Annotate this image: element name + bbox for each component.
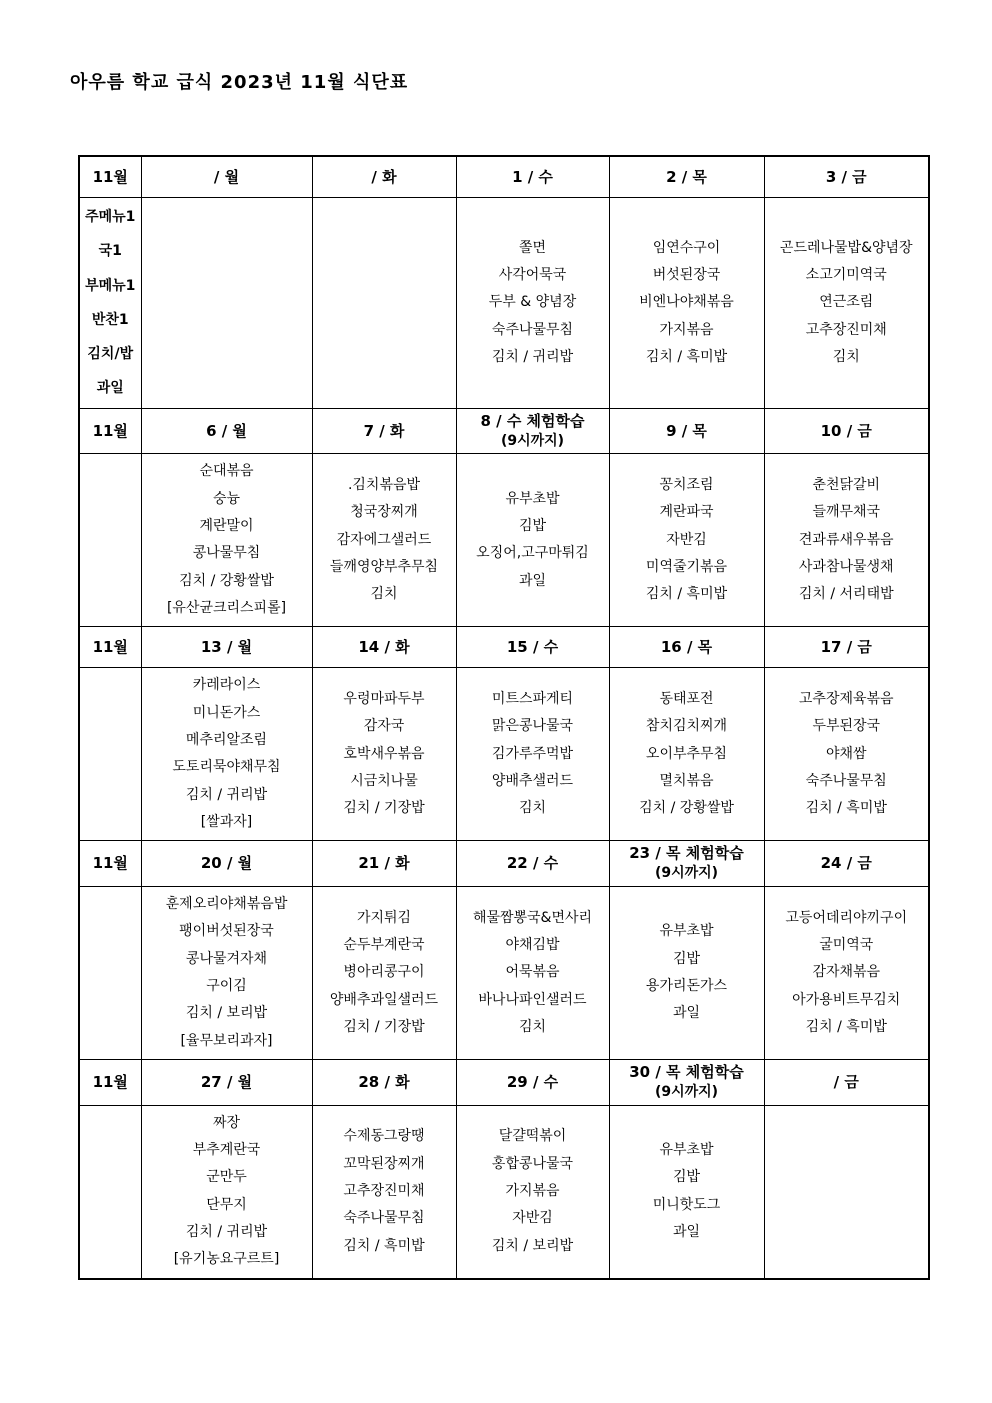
day-header-label: 13 / 월 [144,637,310,658]
day-header-cell: 7 / 화 [312,408,456,454]
day-header-label: 14 / 화 [315,637,454,658]
day-header-label: 20 / 월 [144,853,310,874]
menu-row: 훈제오리야채볶음밥팽이버섯된장국콩나물겨자채구이김김치 / 보리밥[율무보리과자… [79,886,929,1059]
category-column-cell [79,1105,141,1279]
menu-item: 김치 / 흑미밥 [315,1233,454,1260]
menu-item: 가지볶음 [459,1178,607,1205]
day-header-cell: 30 / 목 체험학습(9시까지) [609,1059,764,1105]
menu-cell: 미트스파게티맑은콩나물국김가루주먹밥양배추샐러드김치 [456,668,609,841]
month-label-cell: 11월 [79,1059,141,1105]
day-header-cell: 6 / 월 [141,408,312,454]
menu-item: 팽이버섯된장국 [144,918,310,945]
day-header-label: 15 / 수 [459,637,607,658]
category-column-cell [79,454,141,627]
day-header-label: 22 / 수 [459,853,607,874]
day-header-label: 21 / 화 [315,853,454,874]
menu-item: 임연수구이 [612,235,762,262]
day-header-label: / 금 [767,1072,927,1093]
menu-cell: 해물짬뽕국&면사리야채김밥어묵볶음바나나파인샐러드김치 [456,886,609,1059]
menu-item: 바나나파인샐러드 [459,987,607,1014]
menu-item: 해물짬뽕국&면사리 [459,905,607,932]
menu-cell: 임연수구이버섯된장국비엔나야채볶음가지볶음김치 / 흑미밥 [609,198,764,409]
menu-cell: 유부초밥김밥오징어,고구마튀김과일 [456,454,609,627]
menu-item: 김치 / 귀리밥 [144,782,310,809]
category-column-cell [79,886,141,1059]
menu-item: [쌀과자] [144,809,310,836]
menu-item: 숙주나물무침 [767,768,927,795]
menu-item: 과일 [612,1000,762,1027]
menu-item: 우렁마파두부 [315,686,454,713]
menu-item: 카레라이스 [144,672,310,699]
day-header-cell: 3 / 금 [764,156,929,198]
menu-cell: 훈제오리야채볶음밥팽이버섯된장국콩나물겨자채구이김김치 / 보리밥[율무보리과자… [141,886,312,1059]
menu-cell: 동태포전참치김치찌개오이부추무침멸치볶음김치 / 강황쌀밥 [609,668,764,841]
page-title: 아우름 학교 급식 2023년 11월 식단표 [70,68,408,94]
day-header-cell: 21 / 화 [312,841,456,887]
menu-item: 동태포전 [612,686,762,713]
menu-item: 양배추과일샐러드 [315,987,454,1014]
menu-cell: 쫄면사각어묵국두부 & 양념장숙주나물무침김치 / 귀리밥 [456,198,609,409]
menu-item: 두부 & 양념장 [459,289,607,316]
menu-item: 오징어,고구마튀김 [459,540,607,567]
menu-cell: 고등어데리야끼구이굴미역국감자채볶음아가용비트무김치김치 / 흑미밥 [764,886,929,1059]
day-header-note: (9시까지) [459,432,607,452]
day-header-label: 11월 [82,421,139,442]
menu-cell: .김치볶음밥청국장찌개감자에그샐러드들깨영양부추무침김치 [312,454,456,627]
day-header-label: 30 / 목 체험학습 [612,1062,762,1083]
day-header-label: 9 / 목 [612,421,762,442]
menu-item: 달걀떡볶이 [459,1123,607,1150]
menu-item: 숭늉 [144,486,310,513]
menu-item: 감자채볶음 [767,959,927,986]
menu-item: 고등어데리야끼구이 [767,905,927,932]
menu-item: 고추장제육볶음 [767,686,927,713]
day-header-label: 11월 [82,167,139,188]
menu-cell: 춘천닭갈비들깨무채국견과류새우볶음사과참나물생채김치 / 서리태밥 [764,454,929,627]
menu-item: 메추리알조림 [144,727,310,754]
day-header-cell: 14 / 화 [312,627,456,668]
menu-item: 유부초밥 [459,486,607,513]
day-header-cell: 2 / 목 [609,156,764,198]
menu-item: 김치 / 흑미밥 [612,581,762,608]
menu-item: 시금치나물 [315,768,454,795]
menu-item: 김치 / 서리태밥 [767,581,927,608]
menu-item: 비엔나야채볶음 [612,289,762,316]
menu-item: 야채김밥 [459,932,607,959]
menu-item: 참치김치찌개 [612,713,762,740]
day-header-cell: 27 / 월 [141,1059,312,1105]
menu-item: 과일 [459,568,607,595]
menu-item: 오이부추무침 [612,741,762,768]
menu-item: 아가용비트무김치 [767,987,927,1014]
day-header-label: 11월 [82,853,139,874]
menu-item: 야채쌈 [767,741,927,768]
day-header-label: 11월 [82,637,139,658]
day-header-cell: / 화 [312,156,456,198]
week-header-row: 11월20 / 월21 / 화22 / 수23 / 목 체험학습(9시까지)24… [79,841,929,887]
day-header-label: 7 / 화 [315,421,454,442]
menu-item: 자반김 [459,1205,607,1232]
month-label-cell: 11월 [79,408,141,454]
menu-item: 김치 / 흑미밥 [767,1014,927,1041]
menu-item: [율무보리과자] [144,1028,310,1055]
menu-item: 주메뉴1 [82,200,139,234]
day-header-cell: 13 / 월 [141,627,312,668]
day-header-label: 1 / 수 [459,167,607,188]
menu-item: [유산균크리스피롤] [144,595,310,622]
menu-item: 김치 [459,1014,607,1041]
menu-item: 김치 [315,581,454,608]
day-header-cell: 9 / 목 [609,408,764,454]
menu-item: 가지튀김 [315,905,454,932]
week-header-row: 11월13 / 월14 / 화15 / 수16 / 목17 / 금 [79,627,929,668]
menu-item: .김치볶음밥 [315,472,454,499]
menu-item: 미니핫도그 [612,1192,762,1219]
menu-item: 김치 / 강황쌀밥 [612,795,762,822]
day-header-cell: 8 / 수 체험학습(9시까지) [456,408,609,454]
menu-item: 국1 [82,234,139,268]
day-header-label: 11월 [82,1072,139,1093]
menu-item: 꼬막된장찌개 [315,1151,454,1178]
menu-cell: 가지튀김순두부계란국병아리콩구이양배추과일샐러드김치 / 기장밥 [312,886,456,1059]
menu-cell [312,198,456,409]
menu-cell: 수제동그랑땡꼬막된장찌개고추장진미채숙주나물무침김치 / 흑미밥 [312,1105,456,1279]
menu-item: 김치 [459,795,607,822]
menu-item: 콩나물겨자채 [144,946,310,973]
week-header-row: 11월6 / 월7 / 화8 / 수 체험학습(9시까지)9 / 목10 / 금 [79,408,929,454]
menu-item: 꽁치조림 [612,472,762,499]
menu-item: 김치 / 보리밥 [459,1233,607,1260]
menu-item: 버섯된장국 [612,262,762,289]
menu-item: 어묵볶음 [459,959,607,986]
menu-item: 병아리콩구이 [315,959,454,986]
menu-item: 과일 [82,371,139,405]
menu-item: 부추계란국 [144,1137,310,1164]
day-header-cell: 29 / 수 [456,1059,609,1105]
menu-item: 들깨무채국 [767,499,927,526]
menu-cell: 우렁마파두부감자국호박새우볶음시금치나물김치 / 기장밥 [312,668,456,841]
menu-item: 두부된장국 [767,713,927,740]
menu-item: 김치 / 흑미밥 [767,795,927,822]
day-header-cell: 23 / 목 체험학습(9시까지) [609,841,764,887]
week-header-row: 11월27 / 월28 / 화29 / 수30 / 목 체험학습(9시까지)/ … [79,1059,929,1105]
meal-plan-table-body: 11월/ 월/ 화1 / 수2 / 목3 / 금주메뉴1국1부메뉴1반찬1김치/… [79,156,929,1279]
day-header-label: 23 / 목 체험학습 [612,843,762,864]
menu-item: 곤드레나물밥&양념장 [767,235,927,262]
menu-item: 청국장찌개 [315,499,454,526]
menu-item: 계란파국 [612,499,762,526]
day-header-cell: 15 / 수 [456,627,609,668]
meal-plan-table: 11월/ 월/ 화1 / 수2 / 목3 / 금주메뉴1국1부메뉴1반찬1김치/… [78,155,930,1280]
menu-cell: 유부초밥김밥미니핫도그과일 [609,1105,764,1279]
menu-cell [764,1105,929,1279]
day-header-label: 27 / 월 [144,1072,310,1093]
menu-item: 호박새우볶음 [315,741,454,768]
menu-item: 숙주나물무침 [315,1205,454,1232]
menu-item: 계란말이 [144,513,310,540]
menu-item: 김가루주먹밥 [459,741,607,768]
day-header-label: 16 / 목 [612,637,762,658]
menu-item: 굴미역국 [767,932,927,959]
day-header-label: / 화 [315,167,454,188]
day-header-cell: 17 / 금 [764,627,929,668]
menu-item: 군만두 [144,1164,310,1191]
day-header-cell: 16 / 목 [609,627,764,668]
day-header-note: (9시까지) [612,1083,762,1103]
menu-item: 용가리돈가스 [612,973,762,1000]
day-header-cell: 10 / 금 [764,408,929,454]
menu-cell: 짜장부추계란국군만두단무지김치 / 귀리밥[유기농요구르트] [141,1105,312,1279]
day-header-note: (9시까지) [612,864,762,884]
menu-item: [유기농요구르트] [144,1246,310,1273]
day-header-cell: 28 / 화 [312,1059,456,1105]
menu-item: 구이김 [144,973,310,1000]
day-header-label: 10 / 금 [767,421,927,442]
menu-item: 자반김 [612,527,762,554]
menu-item: 고추장진미채 [315,1178,454,1205]
menu-item: 홍합콩나물국 [459,1151,607,1178]
day-header-cell: / 월 [141,156,312,198]
menu-item: 멸치볶음 [612,768,762,795]
day-header-label: 2 / 목 [612,167,762,188]
menu-item: 가지볶음 [612,317,762,344]
menu-item: 감자에그샐러드 [315,527,454,554]
menu-item: 춘천닭갈비 [767,472,927,499]
menu-item: 김치 / 기장밥 [315,1014,454,1041]
menu-item: 고추장진미채 [767,317,927,344]
menu-cell [141,198,312,409]
menu-item: 사각어묵국 [459,262,607,289]
day-header-label: 29 / 수 [459,1072,607,1093]
menu-cell: 곤드레나물밥&양념장소고기미역국연근조림고추장진미채김치 [764,198,929,409]
menu-cell: 고추장제육볶음두부된장국야채쌈숙주나물무침김치 / 흑미밥 [764,668,929,841]
menu-item: 도토리묵야채무침 [144,754,310,781]
day-header-label: 3 / 금 [767,167,927,188]
menu-item: 김밥 [459,513,607,540]
menu-item: 순대볶음 [144,458,310,485]
menu-item: 훈제오리야채볶음밥 [144,891,310,918]
menu-item: 연근조림 [767,289,927,316]
menu-item: 양배추샐러드 [459,768,607,795]
menu-item: 순두부계란국 [315,932,454,959]
menu-row: 주메뉴1국1부메뉴1반찬1김치/밥과일쫄면사각어묵국두부 & 양념장숙주나물무침… [79,198,929,409]
category-column-cell [79,668,141,841]
day-header-label: / 월 [144,167,310,188]
menu-item: 김치 / 보리밥 [144,1000,310,1027]
menu-item: 미니돈가스 [144,700,310,727]
menu-cell: 유부초밥김밥용가리돈가스과일 [609,886,764,1059]
menu-item: 들깨영양부추무침 [315,554,454,581]
day-header-label: 8 / 수 체험학습 [459,411,607,432]
menu-item: 김치 / 강황쌀밥 [144,568,310,595]
menu-item: 소고기미역국 [767,262,927,289]
menu-cell: 꽁치조림계란파국자반김미역줄기볶음김치 / 흑미밥 [609,454,764,627]
menu-item: 김치 / 기장밥 [315,795,454,822]
menu-item: 콩나물무침 [144,540,310,567]
menu-item: 김치 / 귀리밥 [459,344,607,371]
menu-item: 유부초밥 [612,1137,762,1164]
menu-item: 단무지 [144,1192,310,1219]
menu-item: 부메뉴1 [82,269,139,303]
menu-item: 수제동그랑땡 [315,1123,454,1150]
menu-item: 견과류새우볶음 [767,527,927,554]
category-column-cell: 주메뉴1국1부메뉴1반찬1김치/밥과일 [79,198,141,409]
day-header-label: 17 / 금 [767,637,927,658]
menu-item: 짜장 [144,1110,310,1137]
menu-item: 미트스파게티 [459,686,607,713]
menu-item: 사과참나물생채 [767,554,927,581]
day-header-label: 24 / 금 [767,853,927,874]
menu-row: 순대볶음숭늉계란말이콩나물무침김치 / 강황쌀밥[유산균크리스피롤].김치볶음밥… [79,454,929,627]
menu-item: 김치 [767,344,927,371]
menu-item: 김밥 [612,1164,762,1191]
day-header-label: 6 / 월 [144,421,310,442]
menu-item: 김밥 [612,946,762,973]
menu-item: 반찬1 [82,303,139,337]
week-header-row: 11월/ 월/ 화1 / 수2 / 목3 / 금 [79,156,929,198]
menu-row: 카레라이스미니돈가스메추리알조림도토리묵야채무침김치 / 귀리밥[쌀과자]우렁마… [79,668,929,841]
menu-item: 김치 / 귀리밥 [144,1219,310,1246]
menu-item: 쫄면 [459,235,607,262]
menu-item: 미역줄기볶음 [612,554,762,581]
month-label-cell: 11월 [79,841,141,887]
month-label-cell: 11월 [79,627,141,668]
menu-item: 감자국 [315,713,454,740]
menu-item: 김치/밥 [82,337,139,371]
day-header-cell: / 금 [764,1059,929,1105]
day-header-cell: 22 / 수 [456,841,609,887]
menu-cell: 달걀떡볶이홍합콩나물국가지볶음자반김김치 / 보리밥 [456,1105,609,1279]
menu-item: 과일 [612,1219,762,1246]
menu-item: 김치 / 흑미밥 [612,344,762,371]
day-header-cell: 20 / 월 [141,841,312,887]
day-header-cell: 24 / 금 [764,841,929,887]
menu-row: 짜장부추계란국군만두단무지김치 / 귀리밥[유기농요구르트]수제동그랑땡꼬막된장… [79,1105,929,1279]
menu-cell: 순대볶음숭늉계란말이콩나물무침김치 / 강황쌀밥[유산균크리스피롤] [141,454,312,627]
menu-item: 숙주나물무침 [459,317,607,344]
menu-item: 유부초밥 [612,918,762,945]
month-label-cell: 11월 [79,156,141,198]
menu-cell: 카레라이스미니돈가스메추리알조림도토리묵야채무침김치 / 귀리밥[쌀과자] [141,668,312,841]
day-header-label: 28 / 화 [315,1072,454,1093]
menu-item: 맑은콩나물국 [459,713,607,740]
day-header-cell: 1 / 수 [456,156,609,198]
